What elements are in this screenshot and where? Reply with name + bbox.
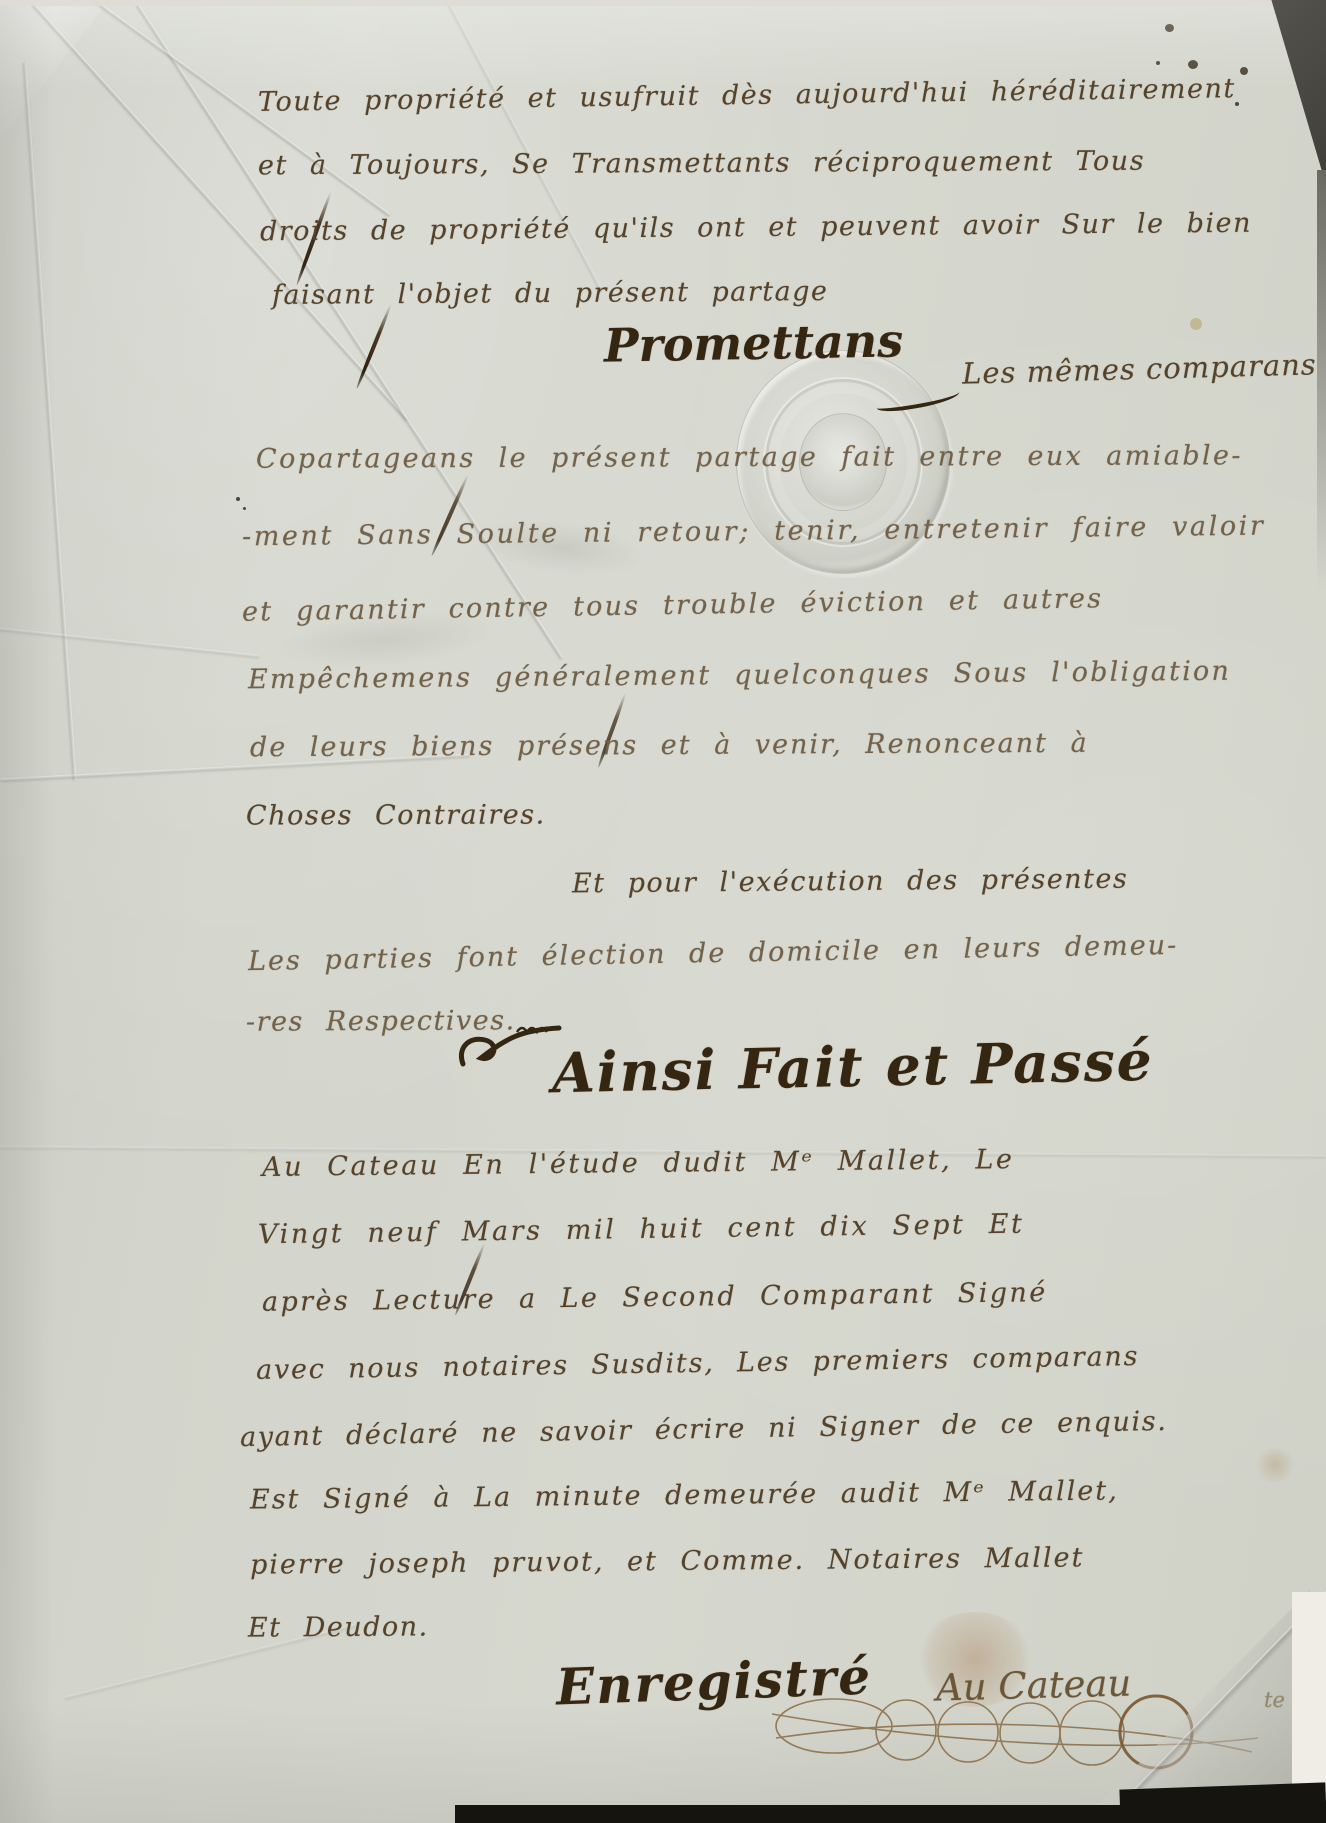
ink-stain: [915, 1612, 1035, 1707]
manuscript-line: -res Respectives.: [246, 1005, 516, 1037]
manuscript-line: Copartageans le présent partage fait ent…: [256, 440, 1243, 474]
pen-swash: [454, 1242, 487, 1316]
crease-line: [32, 2, 409, 420]
embossed-notary-seal: [736, 350, 950, 574]
section-heading-promettans: Promettans: [604, 313, 904, 372]
manuscript-line: -ment Sans Soulte ni retour; tenir, entr…: [242, 511, 1266, 553]
margin-note: te: [1264, 1688, 1285, 1712]
manuscript-line: Et pour l'exécution des présentes: [572, 864, 1129, 900]
manuscript-line: Empêchemens généralement quelconques Sou…: [248, 656, 1231, 696]
scanner-background-bottom: [1119, 1782, 1326, 1823]
ink-speck: [236, 497, 240, 501]
smudge: [467, 509, 652, 586]
manuscript-line: Au Cateau En l'étude dudit Mᵉ Mallet, Le: [262, 1144, 1015, 1183]
scanner-background-white: [1292, 1592, 1326, 1807]
pen-swash: [430, 473, 470, 557]
manuscript-line: et à Toujours, Se Transmettants réciproq…: [258, 146, 1145, 182]
manuscript-line: pierre joseph pruvot, et Comme. Notaires…: [250, 1542, 1085, 1580]
crease-line: [0, 754, 470, 782]
registration-word: Enregistré: [555, 1647, 873, 1717]
heading-continuation: Les mêmes comparans: [962, 347, 1317, 390]
manuscript-line: après Lecture a Le Second Comparant Sign…: [262, 1277, 1048, 1318]
manuscript-line: de leurs biens présens et à venir, Renon…: [250, 728, 1089, 763]
manuscript-line: Toute propriété et usufruit dès aujourd'…: [258, 73, 1236, 118]
smudge: [268, 602, 502, 677]
ink-speck: [1165, 24, 1174, 32]
crease-line: [64, 1624, 356, 1699]
manuscript-line: droits de propriété qu'ils ont et peuven…: [260, 208, 1252, 248]
pen-swash: [295, 190, 333, 285]
ink-speck: [1235, 102, 1239, 106]
ink-speck: [243, 507, 246, 510]
crease-line: [49, 0, 391, 216]
crease-line: [0, 625, 259, 657]
ink-speck: [1156, 61, 1160, 65]
scanned-document: Toute propriété et usufruit dès aujourd'…: [0, 0, 1326, 1823]
scanner-edge-right: [1317, 170, 1326, 590]
manuscript-line: et garantir contre tous trouble éviction…: [242, 583, 1104, 628]
crease-line: [23, 62, 76, 780]
pen-swash: [596, 692, 627, 769]
heading-flourish: [455, 1018, 565, 1078]
crease-line: [357, 0, 604, 292]
manuscript-line: Est Signé à La minute demeurée audit Mᵉ …: [250, 1475, 1119, 1515]
paper-stain: [1252, 1448, 1298, 1482]
section-heading-ainsi-fait: Ainsi Fait et Passé: [551, 1028, 1154, 1106]
manuscript-line: faisant l'objet du présent partage: [272, 276, 829, 311]
connector-flourish: [875, 386, 960, 415]
manuscript-line: Vingt neuf Mars mil huit cent dix Sept E…: [258, 1209, 1025, 1251]
manuscript-line: ayant déclaré ne savoir écrire ni Signer…: [240, 1406, 1168, 1453]
ink-speck: [1240, 67, 1248, 75]
manuscript-line: Choses Contraires.: [246, 799, 546, 831]
creased-corner-top-left: [0, 0, 110, 140]
manuscript-line: Les parties font élection de domicile en…: [248, 930, 1179, 977]
manuscript-page: Toute propriété et usufruit dès aujourd'…: [0, 0, 1326, 1823]
notary-paraph-flourish: [772, 1686, 1258, 1774]
manuscript-line: avec nous notaires Susdits, Les premiers…: [256, 1341, 1140, 1386]
crease-line: [136, 4, 563, 660]
folded-corner-bottom-right: [1095, 1590, 1310, 1808]
scanner-edge-top: [0, 0, 1326, 6]
registration-place: Au Cateau: [935, 1661, 1131, 1709]
paper-spot: [1190, 318, 1202, 330]
manuscript-line: Et Deudon.: [248, 1611, 429, 1643]
crease-line: [0, 1145, 1326, 1157]
ink-speck: [1188, 60, 1198, 69]
pen-swash: [355, 303, 393, 390]
